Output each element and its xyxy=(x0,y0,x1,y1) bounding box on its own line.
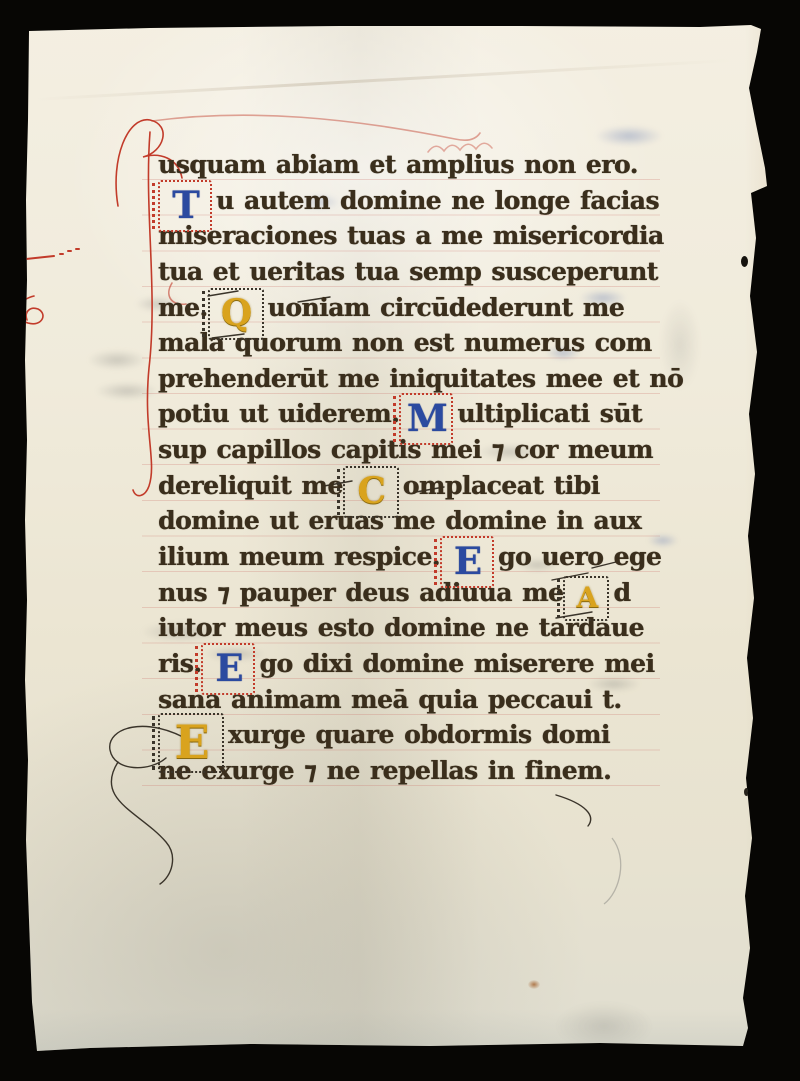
line-text: ultiplicati sūt xyxy=(457,399,642,428)
line-text: me. xyxy=(158,293,208,322)
illuminated-initial-t: T xyxy=(164,185,208,225)
show-through-mark xyxy=(88,350,146,370)
line-text: potiu ut uiderem. xyxy=(158,399,399,428)
red-penwork-flourish xyxy=(18,296,43,324)
text-block: usquam abiam et amplius non ero.Tu autem… xyxy=(158,147,678,789)
manuscript-line: domine ut eruas me domine in aux xyxy=(158,503,678,539)
initial-letter: E xyxy=(207,648,251,688)
line-text: go dixi domine miserere mei xyxy=(259,649,654,678)
line-text: ne exurge ⁊ ne repellas in finem. xyxy=(158,756,611,785)
line-text: miseraciones tuas a me misericordia xyxy=(158,221,664,250)
pencil-squiggle xyxy=(604,838,621,904)
manuscript-line: nus ⁊ pauper deus adiuua meAd xyxy=(158,575,678,611)
manuscript-line: Tu autem domine ne longe facias xyxy=(158,183,678,219)
fold-crease xyxy=(34,59,733,101)
show-through-mark xyxy=(556,1002,652,1050)
line-text: ilium meum respice. xyxy=(158,542,440,571)
edge-hole xyxy=(744,788,749,796)
manuscript-leaf: usquam abiam et amplius non ero.Tu autem… xyxy=(0,0,800,1081)
illuminated-initial-a: A xyxy=(569,581,605,614)
manuscript-line: prehenderūt me iniquitates mee et nō xyxy=(158,361,678,397)
line-text: prehenderūt me iniquitates mee et nō xyxy=(158,364,683,393)
line-text: d xyxy=(613,578,630,607)
line-text: dereliquit me xyxy=(158,471,343,500)
show-through-mark xyxy=(96,382,158,400)
red-penwork-flourish xyxy=(26,249,79,259)
edge-hole xyxy=(741,256,748,267)
initial-letter: E xyxy=(164,718,220,766)
manuscript-line: Exurge quare obdormis domi xyxy=(158,717,678,753)
red-penwork-flourish xyxy=(152,115,480,140)
manuscript-line: potiu ut uiderem.Multiplicati sūt xyxy=(158,396,678,432)
illuminated-initial-q: Q xyxy=(214,293,260,333)
initial-letter: A xyxy=(569,581,605,614)
line-text: usquam abiam et amplius non ero. xyxy=(158,150,638,179)
line-text: go uero ege xyxy=(498,542,661,571)
illuminated-initial-e: E xyxy=(446,541,490,581)
line-text: u autem domine ne longe facias xyxy=(216,186,659,215)
manuscript-line: ilium meum respice.Ego uero ege xyxy=(158,539,678,575)
illuminated-initial-e: E xyxy=(207,648,251,688)
line-text: domine ut eruas me domine in aux xyxy=(158,506,641,535)
stain-fleck xyxy=(528,980,540,989)
photograph-background: usquam abiam et amplius non ero.Tu autem… xyxy=(0,0,800,1081)
illuminated-initial-c: C xyxy=(349,471,395,511)
initial-letter: C xyxy=(349,471,395,511)
manuscript-line: me.Quoniam circūdederunt me xyxy=(158,290,678,326)
line-text: tua et ueritas tua semp susceperunt xyxy=(158,257,658,286)
line-text: omplaceat tibi xyxy=(403,471,600,500)
illuminated-initial-m: M xyxy=(405,398,449,438)
line-text: uoniam circūdederunt me xyxy=(268,293,625,322)
show-through-mark xyxy=(596,126,662,146)
initial-letter: T xyxy=(164,185,208,225)
initial-letter: M xyxy=(405,398,449,438)
manuscript-line: usquam abiam et amplius non ero. xyxy=(158,147,678,183)
illuminated-initial-e: E xyxy=(164,718,220,766)
initial-letter: Q xyxy=(214,293,260,333)
line-text: xurge quare obdormis domi xyxy=(228,720,610,749)
manuscript-line: ne exurge ⁊ ne repellas in finem. xyxy=(158,753,678,789)
initial-letter: E xyxy=(446,541,490,581)
manuscript-line: dereliquit meComplaceat tibi xyxy=(158,468,678,504)
manuscript-line: miseraciones tuas a me misericordia xyxy=(158,218,678,254)
manuscript-line: tua et ueritas tua semp susceperunt xyxy=(158,254,678,290)
manuscript-line: ris.Ego dixi domine miserere mei xyxy=(158,646,678,682)
line-text: nus ⁊ pauper deus adiuua me xyxy=(158,578,563,607)
